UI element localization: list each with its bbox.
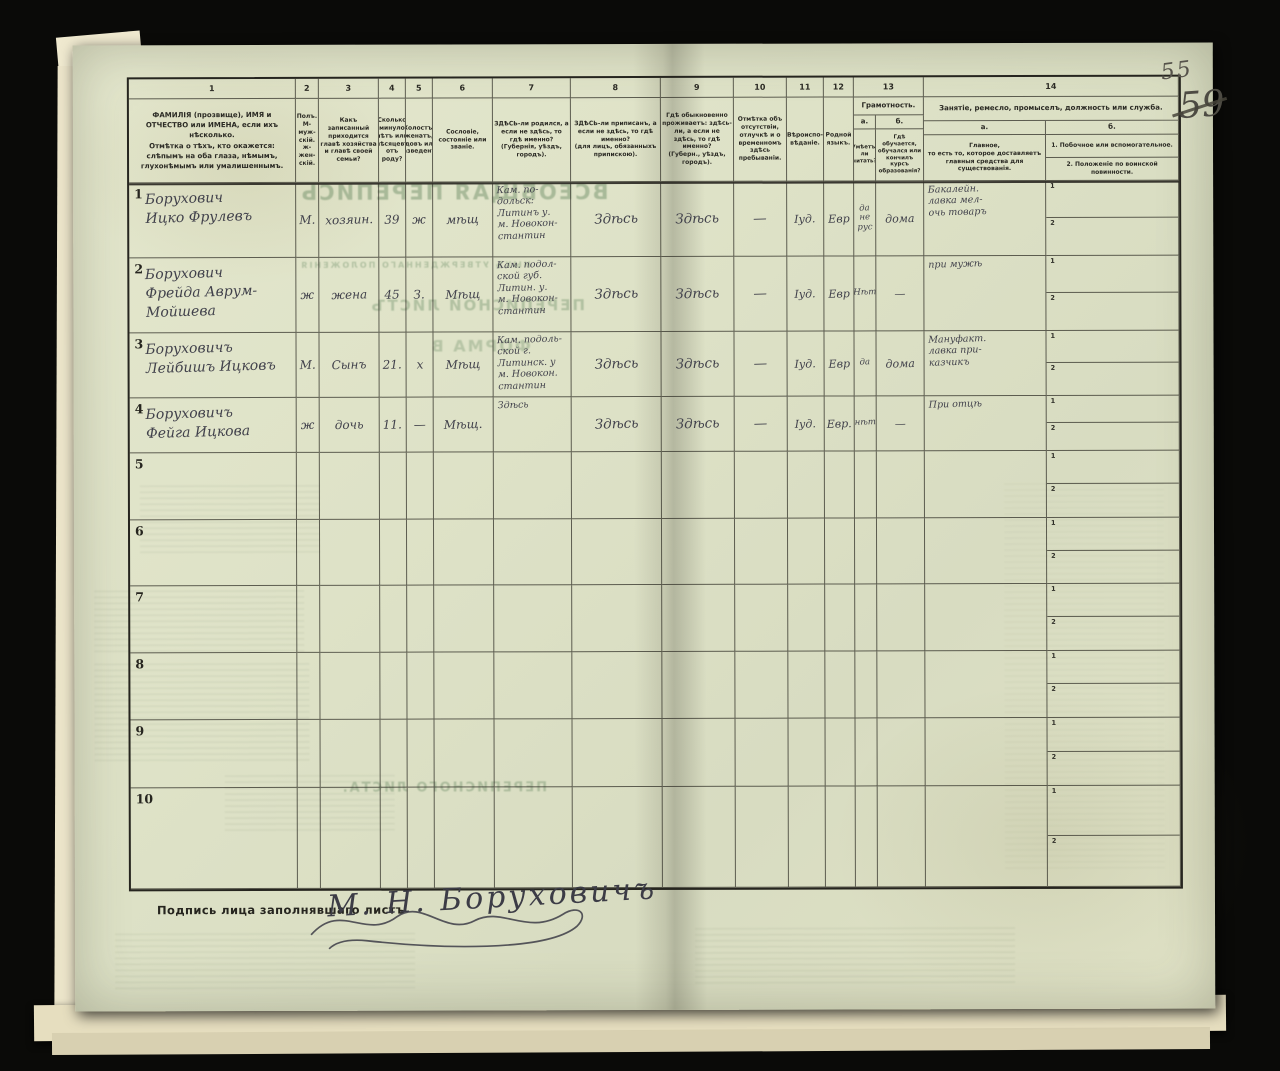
cell-r4-age: 11. (380, 398, 407, 453)
column-number-5: 5 (406, 79, 433, 99)
cell-r8-marital (407, 653, 434, 720)
handwriting-estate: Мѣщ (445, 287, 480, 302)
cell-r9-religion (789, 719, 826, 787)
cell-r7-residence (662, 585, 735, 652)
handwriting-sex: М. (299, 213, 316, 227)
handwriting-absence: — (753, 211, 767, 227)
cell-r9-registered (573, 719, 663, 787)
handwriting-estate: мѣщ (446, 212, 479, 227)
column-number-2: 2 (296, 79, 319, 99)
cell-r9-literacy (856, 718, 878, 786)
handwriting-name: Боруховичъ Лейбишъ Ицковъ (129, 333, 296, 379)
census-table: 1234567891011121314ФАМИЛІЯ (прозвище), И… (127, 75, 1183, 892)
cell-r9-occ_main (926, 718, 1048, 786)
cell-r4-education: — (877, 396, 925, 451)
handwriting-education: дома (885, 211, 915, 225)
handwriting-age: 11. (383, 417, 402, 432)
side-sub-label-2: 2 (1050, 294, 1055, 302)
cell-r6-marital (407, 520, 434, 586)
handwriting-occ_main: При отцѣ (925, 396, 1046, 411)
handwriting-language: Евр (828, 357, 850, 371)
handwriting-religion: Іуд. (795, 357, 817, 371)
handwriting-age: 21. (383, 357, 402, 372)
handwriting-education: — (894, 287, 905, 300)
side-sub-label-2: 2 (1051, 485, 1056, 493)
handwriting-literacy: нѣт (855, 418, 876, 428)
cell-r6-estate (434, 519, 494, 585)
cell-r10-age (381, 788, 408, 889)
cell-r5-relation (320, 453, 380, 520)
handwriting-registered: Здѣсь (594, 285, 638, 302)
header-occupation-side: 1. Побочное или вспомогательное. (1046, 135, 1179, 158)
handwriting-relation: дочь (335, 417, 364, 432)
header-residence: Гдѣ обыкновенно проживаетъ: здѣсь-ли, а … (661, 98, 734, 182)
under-sheet-bottom-2 (52, 1027, 1210, 1055)
side-sub-label-2: 2 (1051, 552, 1056, 560)
handwriting-language: Евр (828, 287, 850, 301)
cell-r6-religion (788, 519, 825, 585)
side-sub-label-1: 1 (1050, 257, 1055, 265)
handwriting-absence: — (754, 356, 768, 372)
cell-r4-relation: дочь (320, 398, 380, 453)
cell-r4-literacy: нѣт (855, 396, 877, 451)
cell-r5-education (877, 451, 925, 518)
cell-r3-marital: х (406, 333, 433, 398)
cell-r10-absence (736, 787, 789, 888)
handwriting-name: Борухович Фрейда Аврум- Мойшева (129, 258, 296, 323)
cell-r10-occ_main (926, 786, 1048, 887)
cell-r2-estate: Мѣщ (433, 257, 493, 332)
cell-r10-relation (321, 788, 381, 889)
header-occupation-main: Главное, то есть то, которое доставляетъ… (924, 135, 1046, 181)
cell-r1-registered: Здѣсь (571, 182, 661, 257)
cell-r2-name: 2Борухович Фрейда Аврум- Мойшева (129, 258, 296, 333)
header-name: ФАМИЛІЯ (прозвище), ИМЯ и ОТЧЕСТВО или И… (129, 99, 296, 183)
cell-r1-occ_main: Бакалейн. лавка мел- очь товаръ (924, 181, 1046, 256)
cell-r2-education: — (876, 256, 924, 331)
cell-r3-name: 3Боруховичъ Лейбишъ Ицковъ (129, 333, 296, 398)
cell-r8-education (877, 651, 925, 718)
cell-r2-birthplace: Кам. подол- ской губ. Литин. у. м. Новок… (493, 257, 571, 332)
row-number-5: 5 (135, 456, 144, 471)
handwriting-religion: Іуд. (794, 212, 816, 226)
cell-r6-registered (572, 519, 662, 585)
handwriting-religion: Іуд. (795, 417, 817, 431)
cell-r2-age: 45 (379, 258, 406, 333)
cell-r6-name: 6 (130, 520, 297, 586)
cell-r4-occ_main: При отцѣ (925, 396, 1047, 451)
header-estate: Сословіе, состояніе или званіе. (433, 98, 493, 182)
cell-r7-absence (735, 585, 788, 652)
side-sub-label-2: 2 (1051, 364, 1056, 372)
header-absence: Отмѣтка объ отсутствіи, отлучкѣ и о врем… (734, 98, 787, 182)
cell-r5-birthplace (494, 452, 572, 519)
cell-r7-birthplace (494, 585, 572, 652)
handwriting-registered: Здѣсь (594, 210, 638, 227)
side-sub-label-1: 1 (1052, 787, 1057, 795)
cell-r1-religion: Іуд. (787, 182, 824, 257)
header-language: Родной языкъ. (824, 97, 854, 181)
header-literacy-a-letter: а. (854, 115, 876, 129)
header-occupation-b-letter: б. (1046, 121, 1179, 135)
handwriting-birthplace: Кам. по- дольск: Литинъ у. м. Новокон- с… (493, 182, 571, 242)
header-birthplace: ЗДѢСЬ-ли родился, а если не здѣсь, то гд… (493, 98, 571, 182)
handwriting-absence: — (754, 416, 768, 432)
handwriting-relation: Сынъ (331, 357, 366, 372)
cell-r1-birthplace: Кам. по- дольск: Литинъ у. м. Новокон- с… (493, 182, 571, 257)
cell-r10-marital (408, 788, 435, 889)
handwriting-marital: ж (412, 212, 426, 226)
handwriting-sex: М. (299, 358, 316, 372)
side-sub-label-2: 2 (1051, 618, 1056, 626)
handwriting-estate: Мѣщ (445, 357, 480, 372)
cell-r5-literacy (855, 451, 877, 518)
cell-r4-religion: Іуд. (788, 397, 825, 452)
cell-r2-literacy: Нѣт (854, 256, 876, 331)
handwriting-age: 45 (385, 287, 401, 301)
cell-r6-literacy (855, 518, 877, 584)
cell-r7-education (877, 584, 925, 651)
cell-r8-occ_main (925, 651, 1047, 718)
cell-r6-language (825, 518, 855, 584)
side-sub-label-2: 2 (1051, 685, 1056, 693)
cell-r3-residence: Здѣсь (661, 332, 734, 397)
handwriting-occ_main: при мужѣ (924, 256, 1045, 271)
handwriting-language: Евр. (827, 417, 852, 431)
cell-r3-occ_main: Мануфакт. лавка при- казчикъ (924, 331, 1046, 396)
side-sub-label-2: 2 (1050, 219, 1055, 227)
scan-background: ВСЕОБЩАЯ ПЕРЕПИСЬ НЫХЪ УТВЕРЖДЕННАГО ПОЛ… (0, 0, 1280, 1071)
column-number-6: 6 (433, 78, 493, 98)
cell-r9-marital (408, 720, 435, 788)
cell-r6-sex (297, 520, 320, 586)
column-number-4: 4 (379, 79, 406, 99)
cell-r1-education: дома (876, 181, 924, 256)
cell-r5-marital (407, 453, 434, 520)
cell-r3-religion: Іуд. (787, 332, 824, 397)
column-number-11: 11 (787, 78, 824, 98)
cell-r9-relation (321, 720, 381, 788)
cell-r6-relation (320, 520, 380, 586)
cell-r9-education (878, 718, 926, 786)
column-number-9: 9 (661, 78, 734, 98)
cell-r6-absence (735, 519, 788, 585)
cell-r2-registered: Здѣсь (571, 257, 661, 332)
cell-r3-sex: М. (296, 333, 319, 398)
cell-r2-sex: ж (296, 258, 319, 333)
cell-r2-absence: — (734, 257, 787, 332)
cell-r3-estate: Мѣщ (433, 332, 493, 397)
handwriting-religion: Іуд. (795, 287, 817, 301)
cell-r7-occ-side: 12 (1047, 584, 1180, 651)
column-number-7: 7 (493, 78, 571, 98)
handwriting-residence: Здѣсь (675, 285, 719, 302)
cell-r5-occ-side: 12 (1047, 451, 1180, 518)
column-number-1: 1 (129, 79, 296, 99)
header-occupation-a-letter: а. (924, 121, 1046, 135)
handwriting-name: Боруховичъ Фейга Ицкова (130, 398, 297, 444)
row-number-10: 10 (136, 791, 153, 806)
row-number-7: 7 (135, 589, 144, 604)
cell-r6-birthplace (494, 519, 572, 585)
handwriting-estate: Мѣщ. (444, 417, 483, 432)
cell-r3-absence: — (734, 332, 787, 397)
handwriting-sex: ж (300, 288, 314, 302)
cell-r1-residence: Здѣсь (661, 182, 734, 257)
cell-r4-sex: ж (297, 398, 320, 453)
handwriting-registered: Здѣсь (594, 415, 638, 432)
cell-r2-marital: З. (406, 258, 433, 333)
pencil-page-number-crossed: 59 (1177, 83, 1226, 127)
side-sub-label-2: 2 (1052, 837, 1057, 845)
side-sub-label-1: 1 (1052, 719, 1057, 727)
cell-r4-estate: Мѣщ. (434, 397, 494, 452)
row-number-6: 6 (135, 523, 144, 538)
bleed-through-paragraph (695, 927, 1015, 984)
cell-r6-education (877, 518, 925, 584)
cell-r7-sex (297, 586, 320, 653)
row-number-8: 8 (135, 656, 144, 671)
header-age: Сколько минуло лѣтъ или мѣсяцевъ отъ род… (379, 99, 406, 183)
cell-r3-relation: Сынъ (319, 333, 379, 398)
handwriting-relation: хозяин. (325, 212, 373, 227)
column-number-13: 13 (854, 77, 924, 97)
side-sub-label-1: 1 (1051, 652, 1056, 660)
side-sub-label-2: 2 (1052, 753, 1057, 761)
header-occupation-group: Занятіе, ремесло, промыселъ, должность и… (924, 97, 1179, 122)
cell-r5-registered (572, 452, 662, 519)
cell-r7-religion (788, 585, 825, 652)
cell-r2-occ-side: 12 (1046, 256, 1179, 331)
cell-r6-occ-side: 12 (1047, 518, 1180, 584)
handwriting-residence: Здѣсь (676, 415, 720, 432)
cell-r9-name: 9 (131, 720, 298, 788)
side-sub-label-1: 1 (1051, 585, 1056, 593)
cell-r8-sex (297, 653, 320, 720)
cell-r9-estate (435, 719, 495, 787)
header-registered: ЗДѢСЬ-ли приписанъ, а если не здѣсь, то … (571, 98, 661, 182)
handwriting-occ_main: Мануфакт. лавка при- казчикъ (924, 331, 1046, 369)
cell-r5-religion (788, 452, 825, 519)
handwriting-occ_main: Бакалейн. лавка мел- очь товаръ (924, 181, 1046, 219)
cell-r8-absence (735, 652, 788, 719)
cell-r2-relation: жена (319, 258, 379, 333)
cell-r8-literacy (855, 651, 877, 718)
cell-r5-sex (297, 453, 320, 520)
handwriting-registered: Здѣсь (594, 355, 638, 372)
cell-r7-language (825, 584, 855, 651)
cell-r10-religion (789, 787, 826, 888)
side-sub-label-1: 1 (1051, 397, 1056, 405)
cell-r1-sex: М. (296, 183, 319, 258)
census-sheet: ВСЕОБЩАЯ ПЕРЕПИСЬ НЫХЪ УТВЕРЖДЕННАГО ПОЛ… (73, 43, 1216, 1012)
cell-r9-birthplace (495, 719, 573, 787)
cell-r8-religion (788, 652, 825, 719)
handwriting-residence: Здѣсь (675, 355, 719, 372)
cell-r4-marital: — (407, 398, 434, 453)
handwriting-age: 39 (384, 212, 400, 226)
cell-r5-occ_main (925, 451, 1047, 518)
handwriting-birthplace: Кам. подоль- ской г. Литинск. у м. Новок… (493, 332, 571, 392)
cell-r9-sex (298, 720, 321, 788)
cell-r3-age: 21. (379, 333, 406, 398)
column-number-14: 14 (924, 77, 1179, 98)
cell-r5-estate (434, 452, 494, 519)
cell-r1-estate: мѣщ (433, 182, 493, 257)
cell-r8-age (380, 653, 407, 720)
column-number-8: 8 (571, 78, 661, 98)
handwriting-absence: — (753, 286, 767, 302)
cell-r2-residence: Здѣсь (661, 257, 734, 332)
handwriting-residence: Здѣсь (675, 210, 719, 227)
cell-r7-marital (407, 586, 434, 653)
cell-r5-age (380, 453, 407, 520)
column-number-3: 3 (319, 79, 379, 99)
cell-r5-residence (662, 452, 735, 519)
cell-r7-literacy (855, 584, 877, 651)
cell-r5-name: 5 (130, 453, 297, 520)
cell-r10-name: 10 (131, 788, 298, 889)
cell-r4-birthplace: Здѣсь (494, 397, 572, 452)
side-sub-label-1: 1 (1051, 452, 1056, 460)
cell-r6-age (380, 520, 407, 586)
handwriting-literacy: да не рус (857, 204, 873, 232)
header-religion: Вѣроиспо- вѣданіе. (787, 98, 824, 182)
cell-r10-education (878, 786, 926, 887)
handwriting-sex: ж (301, 418, 315, 432)
pencil-page-number: 55 (1159, 57, 1194, 86)
cell-r6-occ_main (925, 518, 1047, 584)
header-relation: Какъ записанный приходится главѣ хозяйст… (319, 99, 379, 183)
cell-r8-residence (662, 652, 735, 719)
cell-r6-residence (662, 519, 735, 585)
cell-r1-name: 1Борухович Ицко Фрулевъ (129, 183, 296, 258)
cell-r4-occ-side: 12 (1047, 396, 1180, 451)
handwriting-name: Борухович Ицко Фрулевъ (129, 183, 296, 229)
handwriting-literacy: да (860, 359, 871, 369)
cell-r9-residence (663, 719, 736, 787)
cell-r2-language: Евр (824, 256, 854, 331)
handwriting-literacy: Нѣт (854, 288, 876, 298)
cell-r4-name: 4Боруховичъ Фейга Ицкова (130, 398, 297, 453)
cell-r3-literacy: да (854, 331, 876, 396)
column-number-12: 12 (824, 77, 854, 97)
cell-r5-absence (735, 452, 788, 519)
cell-r3-language: Евр (824, 331, 854, 396)
cell-r7-registered (572, 585, 662, 652)
handwriting-marital: — (414, 417, 426, 431)
cell-r4-residence: Здѣсь (662, 397, 735, 452)
handwriting-language: Евр (828, 212, 850, 226)
cell-r7-occ_main (925, 584, 1047, 651)
cell-r7-estate (434, 585, 494, 652)
cell-r8-language (825, 651, 855, 718)
handwriting-relation: жена (331, 287, 367, 302)
header-military-status: 2. Положеніе по воинской повинности. (1046, 158, 1179, 181)
row-number-9: 9 (136, 723, 145, 738)
cell-r7-relation (320, 586, 380, 653)
cell-r3-registered: Здѣсь (571, 332, 661, 397)
cell-r10-occ-side: 12 (1048, 786, 1181, 887)
cell-r9-absence (736, 719, 789, 787)
cell-r2-religion: Іуд. (787, 257, 824, 332)
handwriting-birthplace: Здѣсь (494, 397, 571, 412)
cell-r1-relation: хозяин. (319, 183, 379, 258)
header-sex: Полъ. М-муж- скій. ж-жен- скій. (296, 99, 319, 183)
cell-r10-literacy (856, 786, 878, 887)
cell-r1-literacy: да не рус (854, 181, 876, 256)
cell-r4-absence: — (735, 397, 788, 452)
cell-r8-estate (434, 652, 494, 719)
header-education: Гдѣ обучается, обучался или кончилъ курс… (876, 129, 924, 181)
cell-r1-occ-side: 12 (1046, 181, 1179, 256)
header-literacy-b-letter: б. (876, 115, 924, 129)
cell-r1-absence: — (734, 182, 787, 257)
cell-r10-birthplace (495, 787, 573, 888)
cell-r8-occ-side: 12 (1047, 651, 1180, 718)
cell-r3-education: дома (876, 331, 924, 396)
side-sub-label-1: 1 (1050, 182, 1055, 190)
cell-r9-language (826, 718, 856, 786)
cell-r9-age (381, 720, 408, 788)
cell-r2-occ_main: при мужѣ (924, 256, 1046, 331)
cell-r10-sex (298, 788, 321, 889)
cell-r10-language (826, 786, 856, 887)
cell-r10-residence (663, 787, 736, 888)
cell-r7-age (380, 586, 407, 653)
cell-r8-name: 8 (130, 653, 297, 720)
handwriting-marital: х (416, 357, 423, 371)
cell-r1-language: Евр (824, 181, 854, 256)
cell-r8-relation (320, 653, 380, 720)
cell-r8-registered (572, 652, 662, 719)
cell-r4-language: Евр. (825, 396, 855, 451)
cell-r1-marital: ж (406, 183, 433, 258)
side-sub-label-1: 1 (1051, 519, 1056, 527)
header-literacy-group: Грамотность. (854, 97, 924, 115)
header-literacy: Умѣетъ-ли читать? (854, 129, 876, 181)
header-marital: Холостъ, женатъ, вдовъ или разведенъ? (406, 99, 433, 183)
cell-r3-birthplace: Кам. подоль- ской г. Литинск. у м. Новок… (493, 332, 571, 397)
side-sub-label-1: 1 (1050, 332, 1055, 340)
side-sub-label-2: 2 (1051, 424, 1056, 432)
cell-r4-registered: Здѣсь (572, 397, 662, 452)
cell-r5-language (825, 451, 855, 518)
handwriting-marital: З. (414, 287, 426, 301)
handwriting-education: — (895, 417, 906, 430)
cell-r1-age: 39 (379, 183, 406, 258)
handwriting-birthplace: Кам. подол- ской губ. Литин. у. м. Новок… (493, 257, 571, 317)
handwriting-education: дома (885, 356, 915, 370)
column-number-10: 10 (734, 78, 787, 98)
cell-r3-occ-side: 12 (1046, 331, 1179, 396)
cell-r8-birthplace (494, 652, 572, 719)
cell-r7-name: 7 (130, 586, 297, 653)
cell-r10-estate (435, 787, 495, 888)
cell-r9-occ-side: 12 (1048, 718, 1181, 786)
